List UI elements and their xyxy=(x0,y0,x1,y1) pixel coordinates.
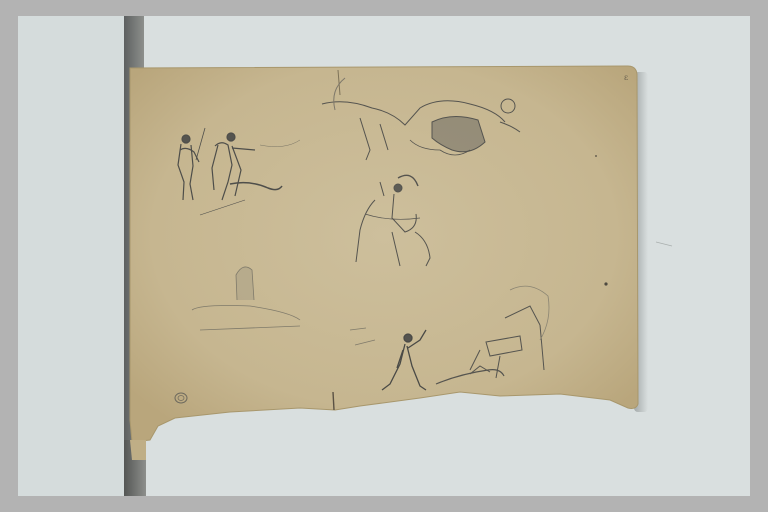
sketch-sheet: ɛ xyxy=(0,0,768,512)
mount-mark xyxy=(656,242,672,246)
paper-sheet xyxy=(130,66,638,442)
crease-bottom xyxy=(333,392,334,410)
paper-spot xyxy=(595,155,597,157)
page-number-mark: ɛ xyxy=(624,73,628,82)
paper-tab xyxy=(130,440,146,460)
paper-spot xyxy=(604,282,607,285)
